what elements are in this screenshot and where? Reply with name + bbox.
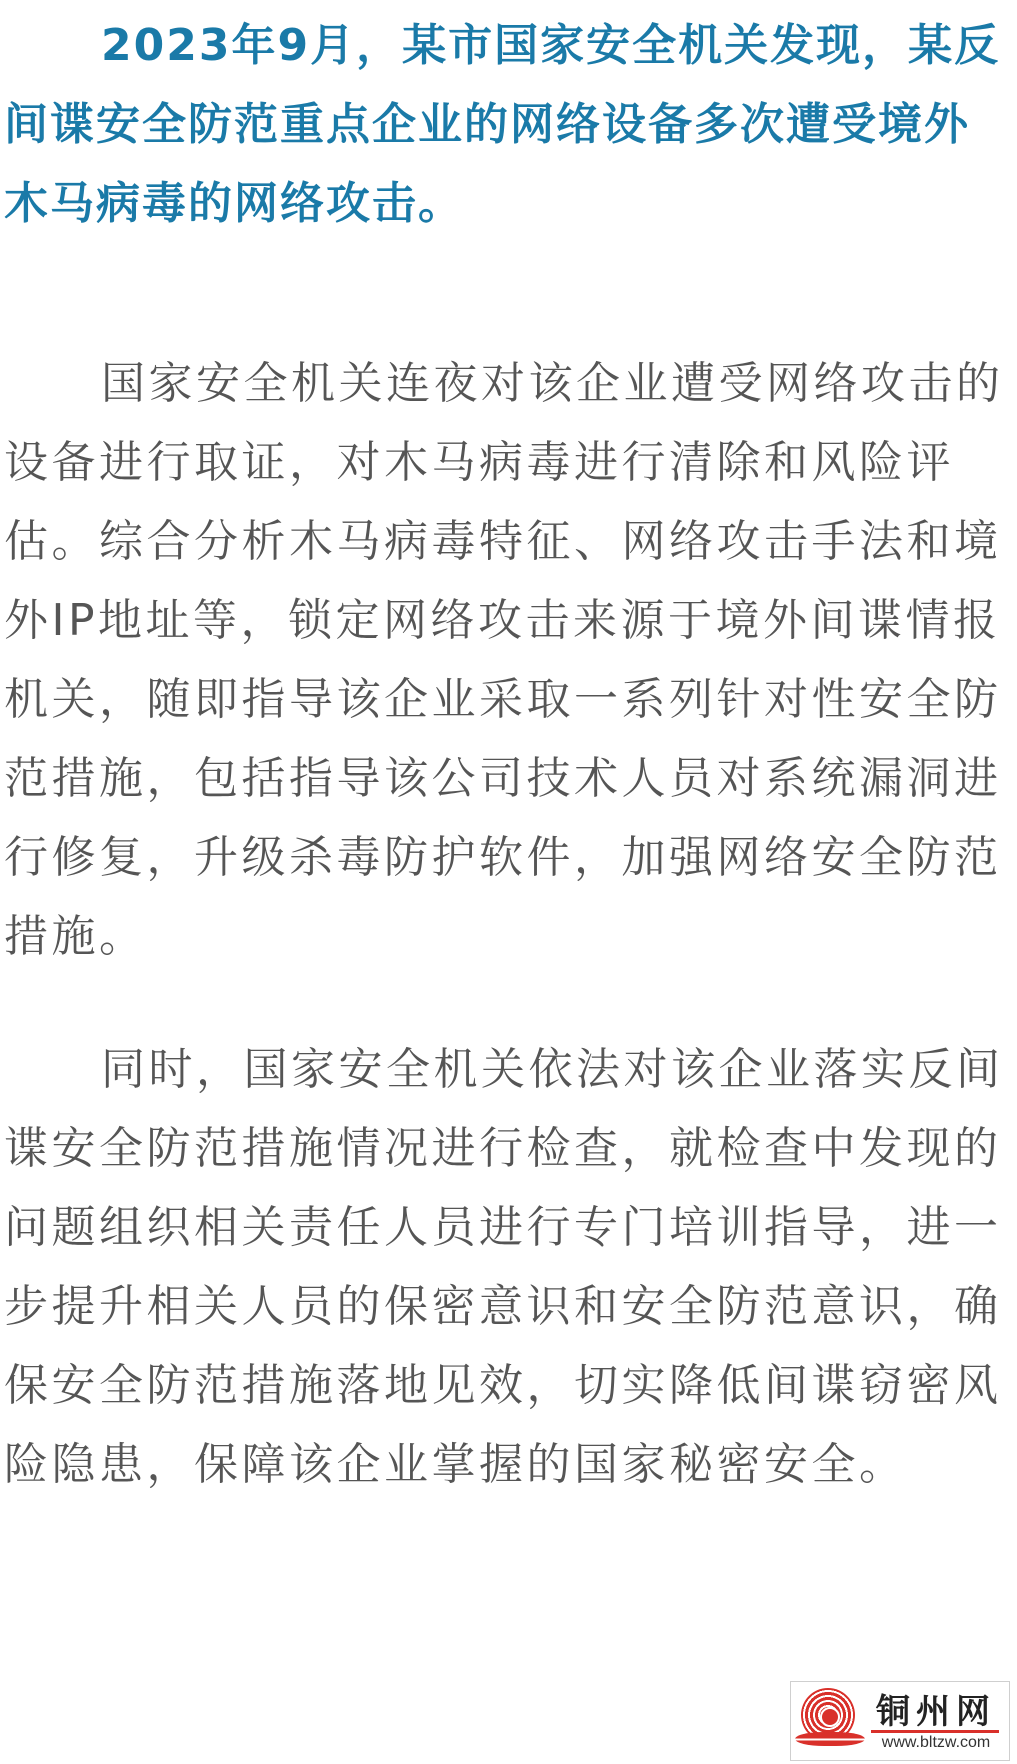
body-paragraph-2: 国家安全机关连夜对该企业遭受网络攻击的设备进行取证，对木马病毒进行清除和风险评估… <box>4 344 1010 976</box>
watermark-url: www.bltzw.com <box>871 1734 1001 1752</box>
watermark-divider <box>871 1730 999 1733</box>
watermark-name: 铜州网 <box>871 1684 1001 1733</box>
ribbon-icon <box>795 1732 865 1746</box>
body-paragraph-3: 同时，国家安全机关依法对该企业落实反间谍安全防范措施情况进行检查，就检查中发现的… <box>4 1030 1010 1504</box>
lead-paragraph: 2023年9月，某市国家安全机关发现，某反间谍安全防范重点企业的网络设备多次遭受… <box>4 6 1010 243</box>
watermark-logo: 铜州网 www.bltzw.com <box>790 1681 1010 1761</box>
